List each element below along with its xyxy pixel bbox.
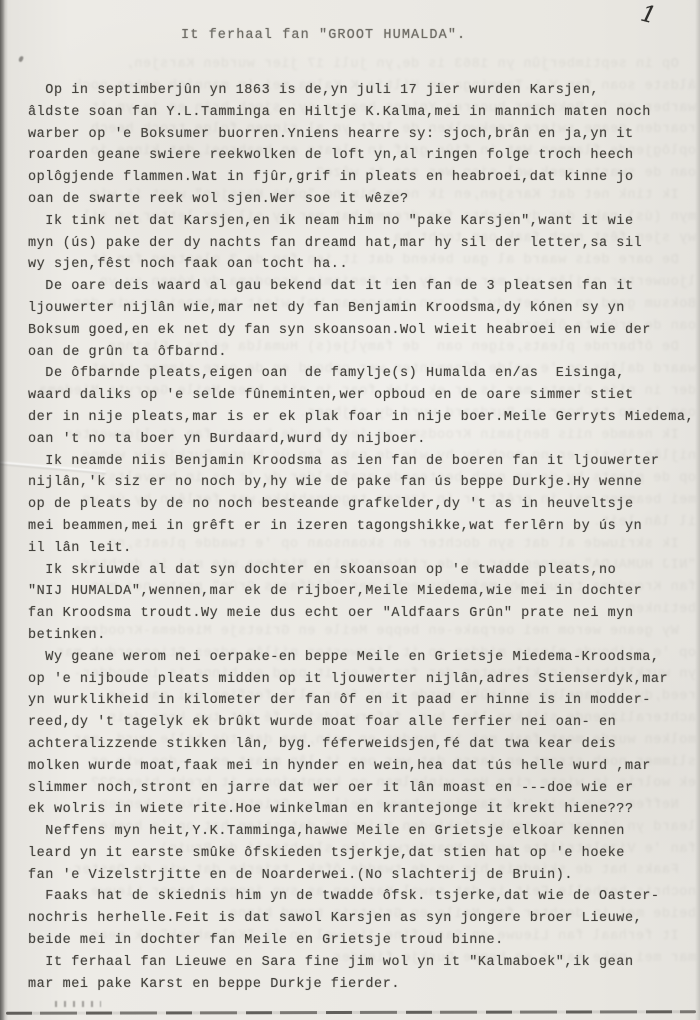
page-bottom-edge-line: [6, 1010, 696, 1014]
scanned-document-page: Op in septimberjûn yn 1863 is de,yn juli…: [0, 0, 700, 1020]
document-body-text: Op in septimberjûn yn 1863 is de,yn juli…: [28, 80, 696, 995]
document-title: It ferhaal fan "GROOT HUMALDA".: [181, 28, 466, 43]
stray-ink-mark: [18, 56, 24, 63]
scan-edge-right: [695, 0, 700, 1020]
handwritten-page-number: 1: [638, 1, 658, 30]
scan-edge-left: [0, 0, 8, 1020]
bottom-ink-smudge: [55, 1001, 101, 1007]
